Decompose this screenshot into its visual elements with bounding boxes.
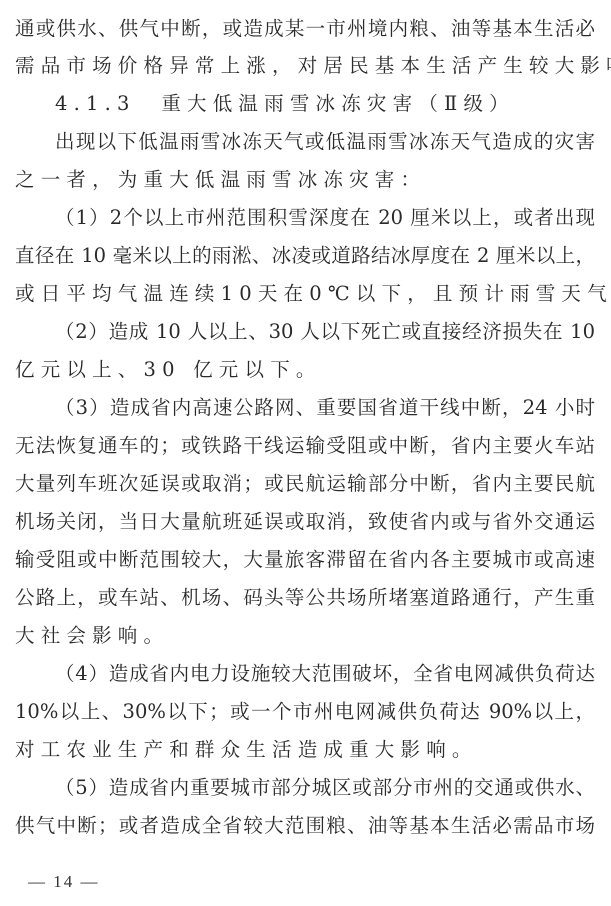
text-line: 公路上，或车站、机场、码头等公共场所堵塞道路通行，产生重: [15, 586, 595, 610]
text-line: 出现以下低温雨雪冰冻天气或低温雨雪冰冻天气造成的灾害: [55, 130, 595, 154]
text-line: 供气中断；或者造成全省较大范围粮、油等基本生活必需品市场: [15, 814, 595, 838]
text-line: （5）造成省内重要城市部分城区或部分市州的交通或供水、: [55, 776, 595, 800]
text-line: 或日平均气温连续10天在0℃以下，且预计雨雪天气持续。: [15, 282, 595, 306]
text-line: 4.1.3 重大低温雨雪冰冻灾害（Ⅱ级）: [55, 92, 595, 116]
text-line: 输受阻或中断范围较大，大量旅客滞留在省内各主要城市或高速: [15, 548, 595, 572]
text-line: 需品市场价格异常上涨，对居民基本生活产生较大影响。: [15, 54, 595, 78]
text-line: 大量列车班次延误或取消；或民航运输部分中断，省内主要民航: [15, 472, 595, 496]
text-line: （1）2个以上市州范围积雪深度在 20 厘米以上，或者出现: [55, 206, 595, 230]
text-line: （2）造成 10 人以上、30 人以下死亡或直接经济损失在 10: [55, 320, 595, 344]
text-line: 大社会影响。: [15, 624, 595, 648]
text-line: （3）造成省内高速公路网、重要国省道干线中断，24 小时: [55, 396, 595, 420]
text-line: 无法恢复通车的；或铁路干线运输受阻或中断，省内主要火车站: [15, 434, 595, 458]
text-line: 对工农业生产和群众生活造成重大影响。: [15, 738, 595, 762]
text-line: （4）造成省内电力设施较大范围破坏，全省电网减供负荷达: [55, 662, 595, 686]
page-number: — 14 —: [28, 872, 100, 892]
text-line: 亿元以上、30 亿元以下。: [15, 358, 595, 382]
text-line: 直径在 10 毫米以上的雨淞、冰凌或道路结冰厚度在 2 厘米以上，: [15, 244, 595, 268]
text-line: 机场关闭，当日大量航班延误或取消，致使省内或与省外交通运: [15, 510, 595, 534]
text-line: 通或供水、供气中断，或造成某一市州境内粮、油等基本生活必: [15, 17, 595, 41]
text-line: 之一者，为重大低温雨雪冰冻灾害：: [15, 168, 595, 192]
text-line: 10%以上、30%以下；或一个市州电网减供负荷达 90%以上，: [15, 700, 595, 724]
